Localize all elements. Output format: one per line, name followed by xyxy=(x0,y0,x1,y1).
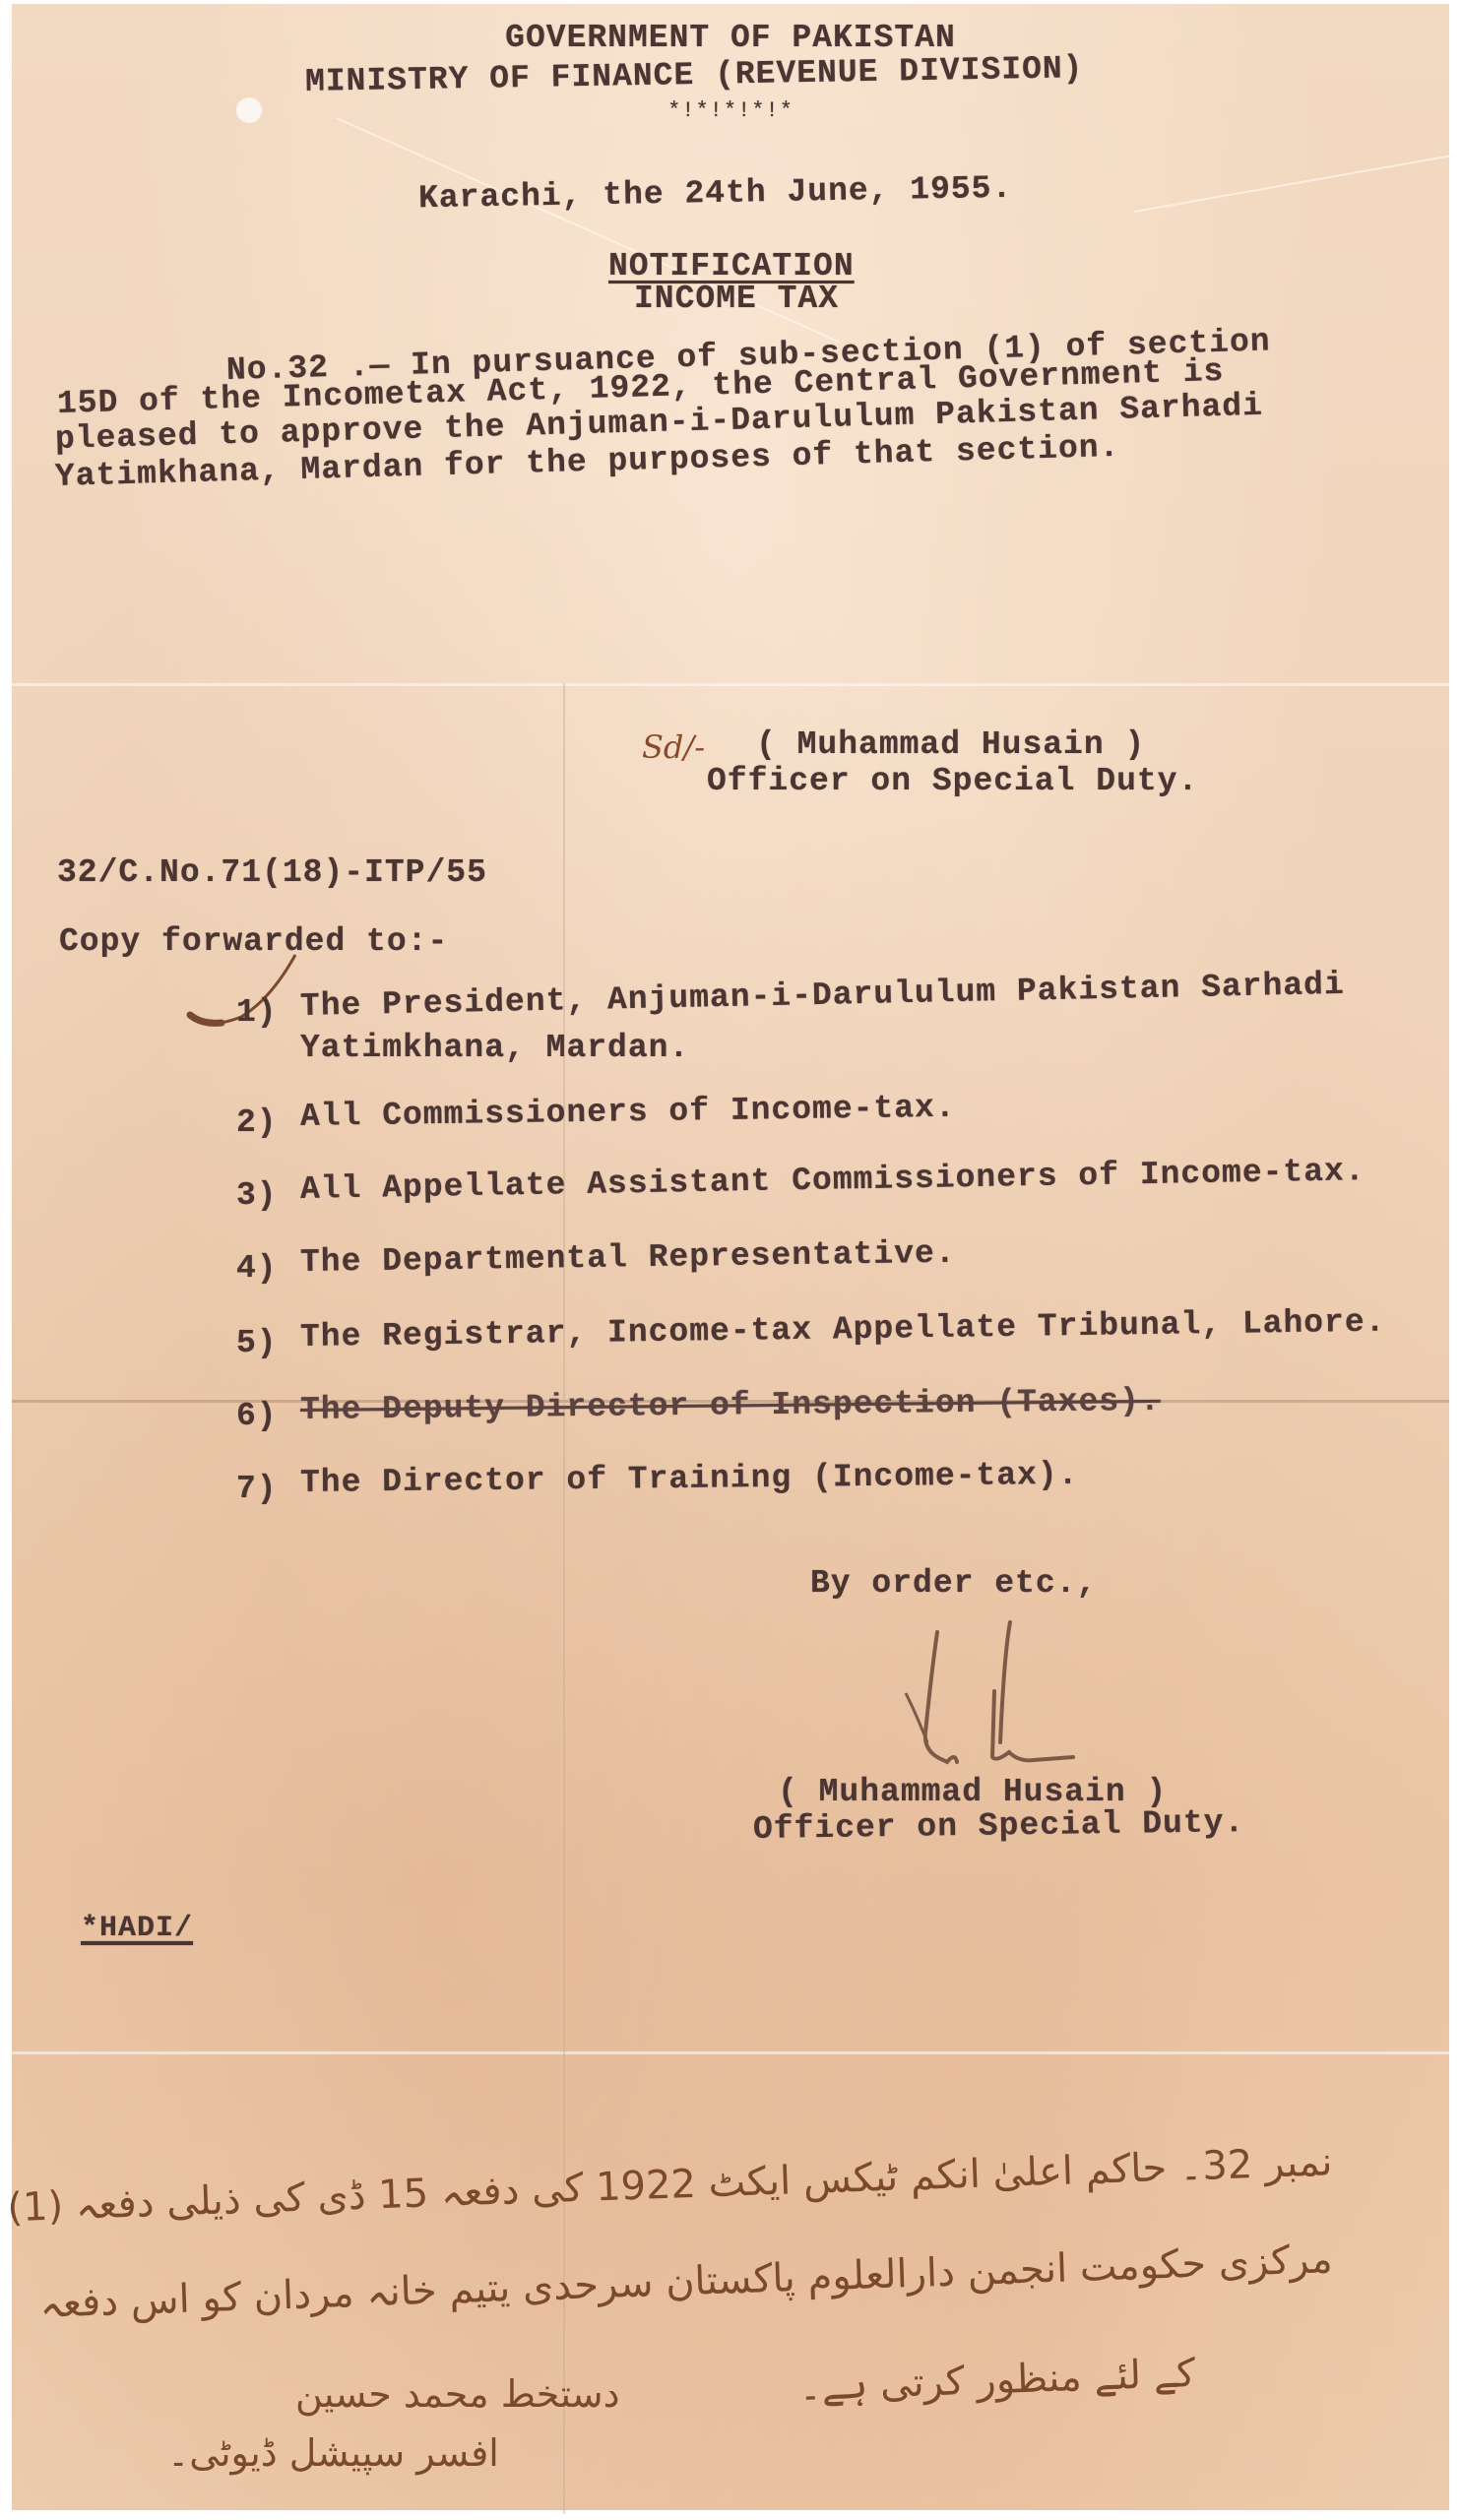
item-number: 5) xyxy=(236,1325,278,1361)
handwritten-sd: Sd/- xyxy=(642,728,705,766)
item-text-continued: Yatimkhana, Mardan. xyxy=(300,1030,689,1066)
signatory-name: ( Muhammad Husain ) xyxy=(756,726,1145,763)
item-number: 2) xyxy=(236,1104,278,1141)
notification-title: NOTIFICATION xyxy=(608,248,855,284)
reference-number: 32/C.No.71(18)-ITP/55 xyxy=(57,854,487,891)
item-number: 3) xyxy=(236,1177,278,1214)
urdu-signature-designation: افسر سپیشل ڈیوٹی۔ xyxy=(167,2431,499,2475)
paper-fold-crease xyxy=(12,683,1449,686)
item-number: 7) xyxy=(236,1471,278,1507)
signature-mark xyxy=(886,1614,1122,1772)
by-order-text: By order etc., xyxy=(810,1565,1097,1602)
signatory-name: ( Muhammad Husain ) xyxy=(778,1774,1167,1810)
item-number: 6) xyxy=(236,1398,278,1434)
header-ornament: *!*!*!*!* xyxy=(0,98,1461,123)
notification-subtitle: INCOME TAX xyxy=(634,281,839,317)
paper-fold-crease xyxy=(563,683,565,2514)
signatory-designation: Officer on Special Duty. xyxy=(707,763,1198,799)
urdu-signature-name: دستخط محمد حسین xyxy=(295,2372,620,2416)
item-number: 1) xyxy=(236,994,278,1031)
signatory-designation: Officer on Special Duty. xyxy=(753,1804,1245,1848)
typist-initials: *HADI/ xyxy=(81,1912,193,1945)
item-number: 4) xyxy=(236,1250,278,1287)
paper-fold-crease xyxy=(12,2051,1449,2054)
paper-wrinkle xyxy=(1134,155,1454,213)
letterhead-government: GOVERNMENT OF PAKISTAN xyxy=(0,20,1461,56)
